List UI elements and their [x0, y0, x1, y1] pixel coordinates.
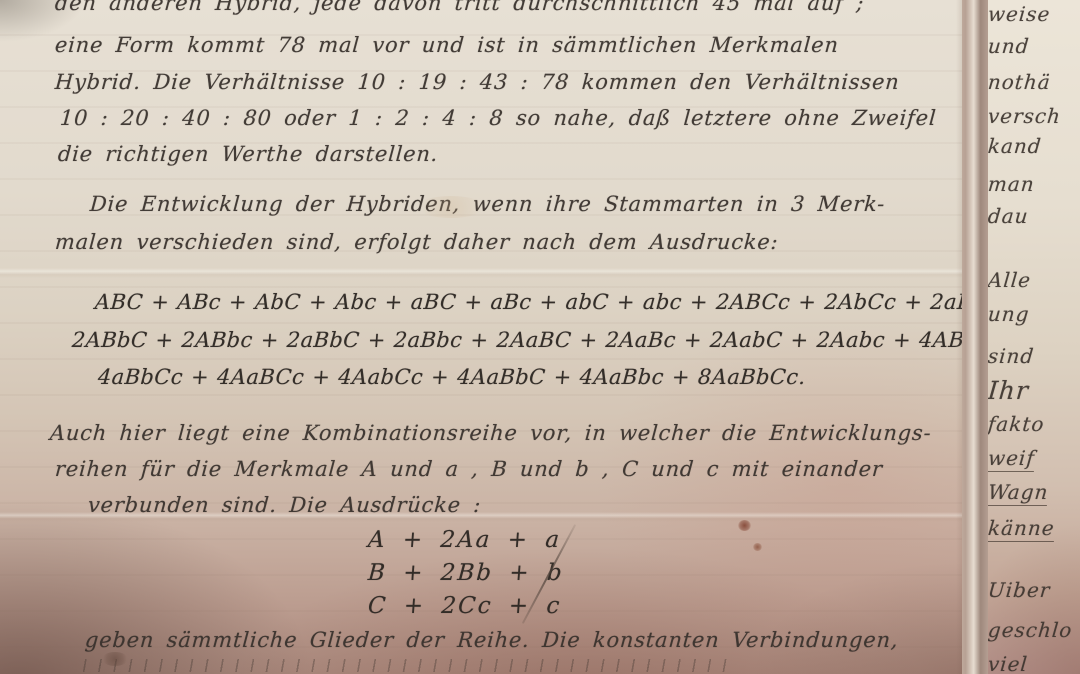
text-fragment: kand — [988, 134, 1043, 158]
ink-stain — [753, 543, 762, 551]
formula-line: ABC + ABc + AbC + Abc + aBC + aBc + abC … — [94, 290, 962, 314]
text-line: Auch hier liegt eine Kombinationsreihe v… — [49, 421, 932, 445]
text-fragment: weise — [988, 2, 1052, 26]
text-line: malen verschieden sind, erfolgt daher na… — [54, 230, 779, 254]
text-line: Die Entwicklung der Hybriden, wenn ihre … — [89, 192, 886, 216]
text-line: eine Form kommt 78 mal vor und ist in sä… — [54, 33, 839, 57]
text-fragment: sind — [988, 344, 1035, 368]
text-fragment: und — [988, 34, 1031, 58]
paper-crease — [0, 268, 962, 278]
cut-off-text-line — [78, 659, 738, 672]
text-line: die richtigen Werthe darstellen. — [57, 142, 439, 166]
formula-line: 2ABbC + 2ABbc + 2aBbC + 2aBbc + 2AaBC + … — [71, 328, 962, 352]
text-line: 10 : 20 : 40 : 80 oder 1 : 2 : 4 : 8 so … — [59, 106, 937, 130]
text-fragment: versch — [988, 104, 1062, 128]
text-fragment: nothä — [988, 70, 1052, 94]
paper-discoloration — [416, 196, 486, 218]
adjacent-page: weise und nothä versch kand man dau Alle… — [988, 0, 1080, 674]
text-fragment: Uiber — [988, 578, 1052, 602]
text-fragment: fakto — [988, 412, 1046, 436]
text-fragment: känne — [988, 516, 1056, 542]
text-fragment: ung — [988, 302, 1031, 326]
text-fragment: geschlo — [988, 618, 1073, 642]
text-line: den anderen Hybrid, jede davon tritt dur… — [54, 0, 865, 15]
text-line: verbunden sind. Die Ausdrücke : — [87, 493, 482, 517]
main-page: den anderen Hybrid, jede davon tritt dur… — [0, 0, 962, 674]
text-line: geben sämmtliche Glieder der Reihe. Die … — [84, 628, 899, 652]
manuscript-photo: den anderen Hybrid, jede davon tritt dur… — [0, 0, 1080, 674]
text-fragment: weif — [988, 446, 1036, 472]
text-fragment: Alle — [988, 268, 1032, 292]
text-fragment: Ihr — [988, 376, 1030, 405]
text-line: reihen für die Merkmale A und a , B und … — [54, 457, 883, 481]
ink-stain — [102, 652, 128, 666]
text-line: Hybrid. Die Verhältnisse 10 : 19 : 43 : … — [54, 70, 900, 94]
formula-line: 4aBbCc + 4AaBCc + 4AabCc + 4AaBbC + 4AaB… — [97, 365, 806, 389]
page-edge-shadow — [956, 0, 990, 674]
formula-line: B + 2Bb + b — [367, 560, 564, 586]
text-fragment: Wagn — [988, 480, 1050, 506]
formula-line: A + 2Aa + a — [367, 527, 562, 553]
ink-stain — [738, 520, 751, 531]
text-fragment: dau — [988, 204, 1030, 228]
text-fragment: man — [988, 172, 1036, 196]
text-fragment: viel — [988, 652, 1029, 674]
